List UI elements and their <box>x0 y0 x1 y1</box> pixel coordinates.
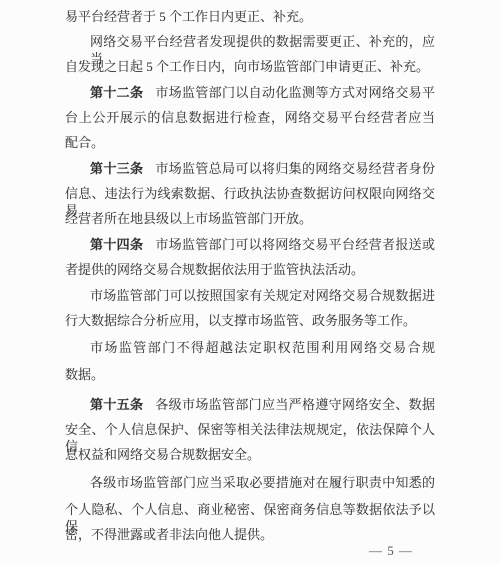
line-text: 各级市场监管部门应当采取必要措施对在履行职责中知悉的 <box>90 475 435 490</box>
page-number: — 5 — <box>65 543 413 558</box>
document-line: 安全、个人信息保护、保密等相关法律法规规定，依法保障个人信 <box>65 421 435 439</box>
line-text: 市场监管部门以自动化监测等方式对网络交易平 <box>155 85 435 100</box>
line-text: 市场监管部门不得超越法定职权范围利用网络交易合规 <box>90 340 435 355</box>
article-number: 第十三条 <box>90 161 143 176</box>
line-text: 易平台经营者于 5 个工作日内更正、补充。 <box>65 9 312 24</box>
document-line: 各级市场监管部门应当采取必要措施对在履行职责中知悉的 <box>90 474 435 492</box>
line-text: 密，不得泄露或者非法向他人提供。 <box>65 527 273 542</box>
document-line: 数据。 <box>65 366 435 384</box>
article-number: 第十四条 <box>90 237 143 252</box>
line-text: 台上公开展示的信息数据进行检查，网络交易平台经营者应当 <box>65 110 435 125</box>
line-text: 行大数据综合分析应用，以支撑市场监管、政务服务等工作。 <box>65 313 416 328</box>
article-number: 第十二条 <box>90 85 143 100</box>
document-line: 信息、违法行为线索数据、行政执法协查数据访问权限向网络交易 <box>65 185 435 203</box>
line-text: 配合。 <box>65 135 104 150</box>
article-number: 第十五条 <box>90 397 143 412</box>
document-line: 市场监管部门不得超越法定职权范围利用网络交易合规 <box>90 339 435 357</box>
document-line: 行大数据综合分析应用，以支撑市场监管、政务服务等工作。 <box>65 312 435 330</box>
document-line: 配合。 <box>65 134 435 152</box>
article-heading-line: 第十五条各级市场监管部门应当严格遵守网络安全、数据 <box>90 396 435 414</box>
document-line: 自发现之日起 5 个工作日内，向市场监管部门申请更正、补充。 <box>65 58 435 76</box>
article-heading-line: 第十四条市场监管部门可以将网络交易平台经营者报送或 <box>90 236 435 254</box>
document-line: 易平台经营者于 5 个工作日内更正、补充。 <box>65 8 435 26</box>
line-text: 息权益和网络交易合规数据安全。 <box>65 447 260 462</box>
article-heading-line: 第十二条市场监管部门以自动化监测等方式对网络交易平 <box>90 84 435 102</box>
line-text: 者提供的网络交易合规数据依法用于监管执法活动。 <box>65 262 364 277</box>
document-line: 个人隐私、个人信息、商业秘密、保密商务信息等数据依法予以保 <box>65 501 435 519</box>
line-text: 经营者所在地县级以上市场监管部门开放。 <box>65 211 312 226</box>
document-line: 台上公开展示的信息数据进行检查，网络交易平台经营者应当 <box>65 109 435 127</box>
line-text: 自发现之日起 5 个工作日内，向市场监管部门申请更正、补充。 <box>65 59 429 74</box>
document-page: 易平台经营者于 5 个工作日内更正、补充。 网络交易平台经营者发现提供的数据需要… <box>0 0 500 564</box>
document-line: 网络交易平台经营者发现提供的数据需要更正、补充的，应当 <box>90 33 435 51</box>
line-text: 市场监管总局可以将归集的网络交易经营者身份 <box>155 161 435 176</box>
document-line: 息权益和网络交易合规数据安全。 <box>65 446 435 464</box>
line-text: 市场监管部门可以将网络交易平台经营者报送或 <box>155 237 435 252</box>
document-line: 密，不得泄露或者非法向他人提供。 <box>65 526 435 544</box>
line-text: 数据。 <box>65 367 104 382</box>
document-line: 经营者所在地县级以上市场监管部门开放。 <box>65 210 435 228</box>
document-line: 市场监管部门可以按照国家有关规定对网络交易合规数据进 <box>90 287 435 305</box>
document-line: 者提供的网络交易合规数据依法用于监管执法活动。 <box>65 261 435 279</box>
line-text: 各级市场监管部门应当严格遵守网络安全、数据 <box>155 397 435 412</box>
line-text: 市场监管部门可以按照国家有关规定对网络交易合规数据进 <box>90 288 435 303</box>
article-heading-line: 第十三条市场监管总局可以将归集的网络交易经营者身份 <box>90 160 435 178</box>
